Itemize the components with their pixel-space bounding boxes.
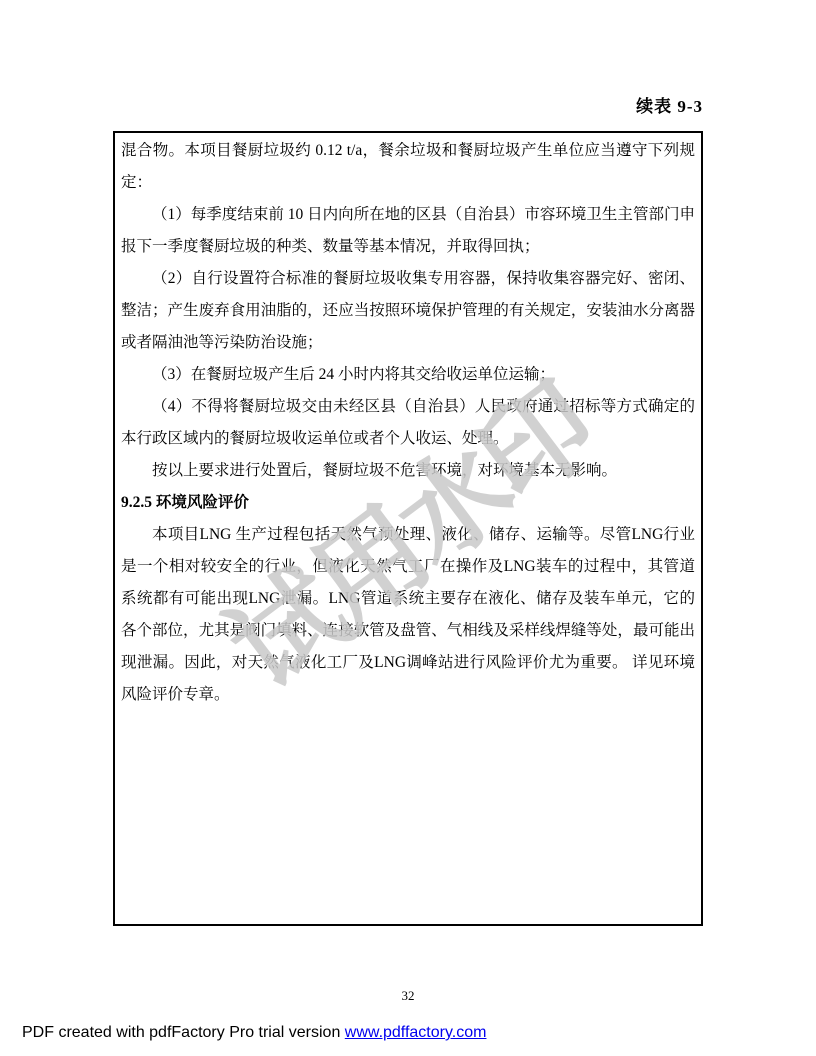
table-cell-border: 混合物。本项目餐厨垃圾约 0.12 t/a，餐余垃圾和餐厨垃圾产生单位应当遵守下… [113,131,703,926]
list-item-2: （2）自行设置符合标准的餐厨垃圾收集专用容器，保持收集容器完好、密闭、整洁；产生… [121,263,695,359]
list-item-4: （4）不得将餐厨垃圾交由未经区县（自治县）人民政府通过招标等方式确定的本行政区域… [121,391,695,455]
document-page: 续表 9-3 混合物。本项目餐厨垃圾约 0.12 t/a，餐余垃圾和餐厨垃圾产生… [0,0,816,1056]
list-item-1: （1）每季度结束前 10 日内向所在地的区县（自治县）市容环境卫生主管部门申报下… [121,199,695,263]
section-heading-9-2-5: 9.2.5 环境风险评价 [121,487,695,519]
paragraph-conclusion: 按以上要求进行处置后，餐厨垃圾不危害环境，对环境基本无影响。 [121,455,695,487]
page-number: 32 [0,988,816,1004]
continuation-table-label: 续表 9-3 [636,92,703,117]
pdf-creator-footer: PDF created with pdfFactory Pro trial ve… [22,1024,486,1042]
pdf-creator-text: PDF created with pdfFactory Pro trial ve… [22,1024,345,1041]
paragraph-mixture-waste: 混合物。本项目餐厨垃圾约 0.12 t/a，餐余垃圾和餐厨垃圾产生单位应当遵守下… [121,135,695,199]
paragraph-lng-risk: 本项目LNG 生产过程包括天然气预处理、液化、储存、运输等。尽管LNG行业是一个… [121,519,695,711]
list-item-3: （3）在餐厨垃圾产生后 24 小时内将其交给收运单位运输； [121,359,695,391]
pdffactory-link[interactable]: www.pdffactory.com [345,1024,487,1041]
